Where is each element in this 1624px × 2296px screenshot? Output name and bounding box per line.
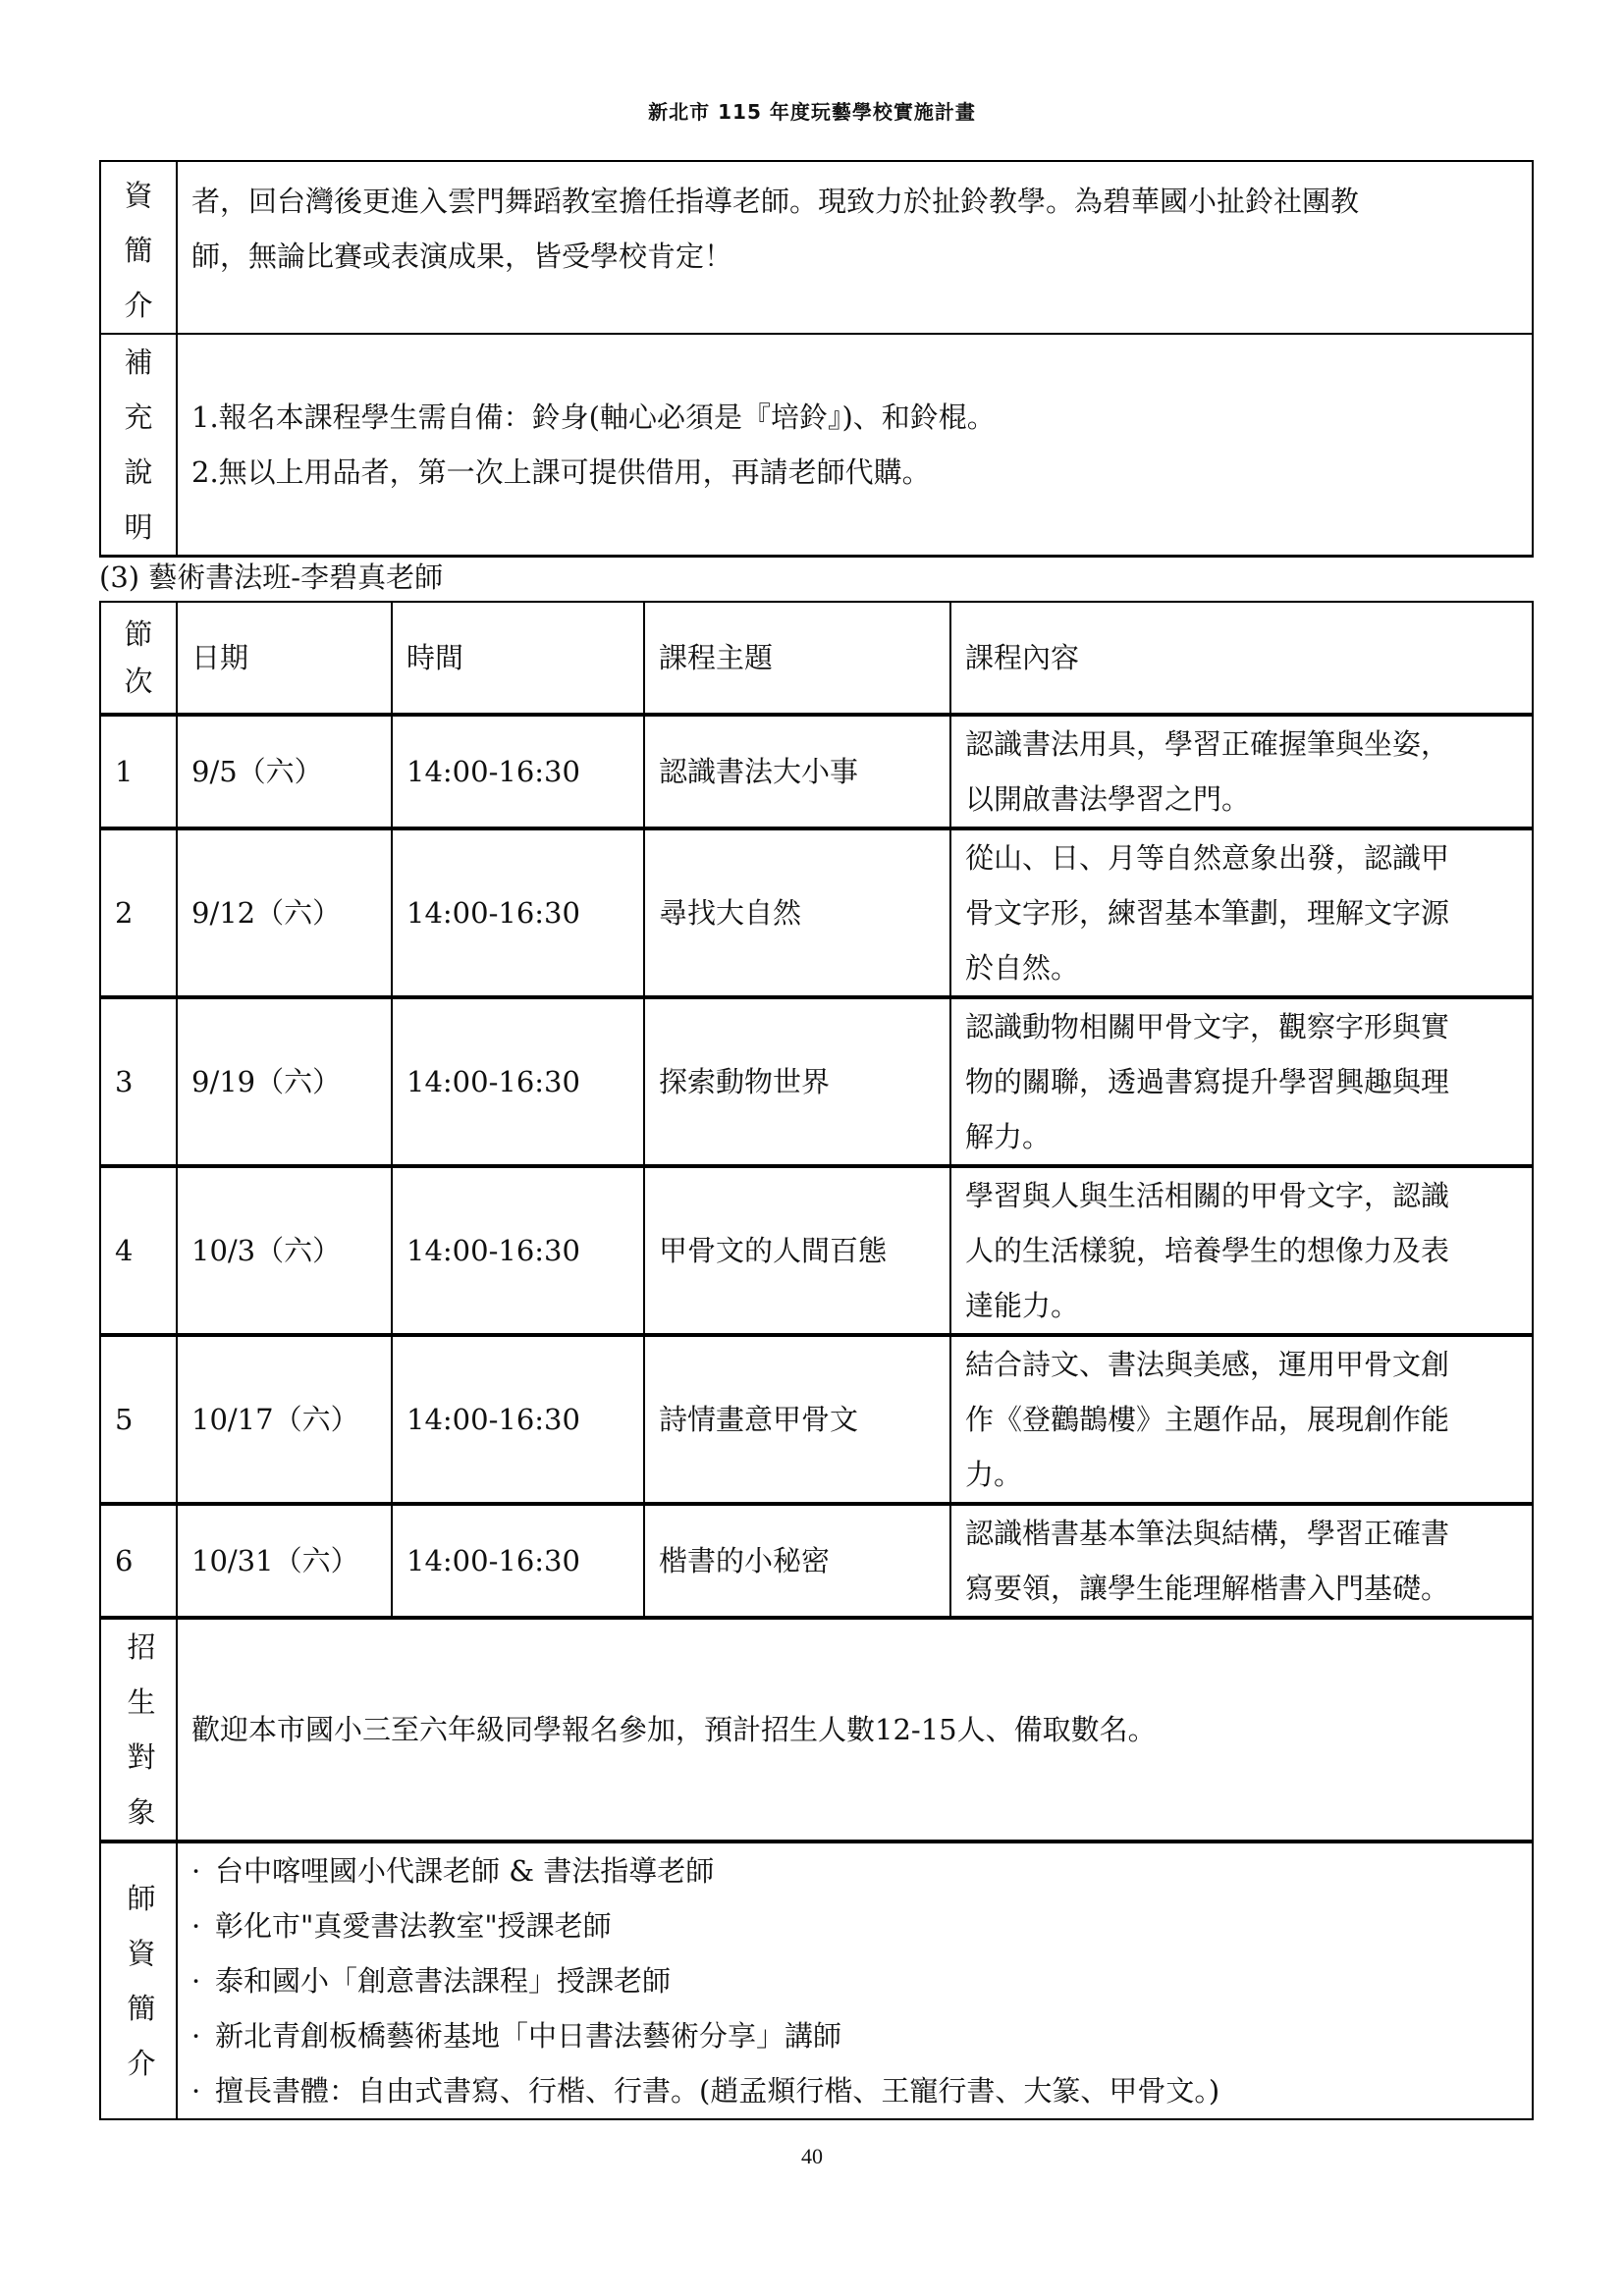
content-line: 認識楷書基本筆法與結構，學習正確書	[965, 1506, 1524, 1561]
table-row: 6 10/31（六） 14:00-16:30 楷書的小秘密 認識楷書基本筆法與結…	[100, 1504, 1533, 1618]
bio-line: 者，回台灣後更進入雲門舞蹈教室擔任指導老師。現致力於扯鈴教學。為碧華國小扯鈴社團…	[191, 174, 1518, 229]
table-row: 3 9/19（六） 14:00-16:30 探索動物世界 認識動物相關甲骨文字，…	[100, 997, 1533, 1166]
teacher-bio-text: 者，回台灣後更進入雲門舞蹈教室擔任指導老師。現致力於扯鈴教學。為碧華國小扯鈴社團…	[177, 161, 1533, 334]
table-row: 4 10/3（六） 14:00-16:30 甲骨文的人間百態 學習與人與生活相關…	[100, 1166, 1533, 1335]
content-line: 人的生活樣貌，培養學生的想像力及表	[965, 1223, 1524, 1278]
col-header-session: 節 次	[100, 602, 177, 715]
section-title: (3) 藝術書法班-李碧真老師	[99, 561, 443, 594]
session-topic: 探索動物世界	[644, 997, 950, 1166]
label-char: 資	[115, 1926, 168, 1981]
session-topic: 認識書法大小事	[644, 715, 950, 828]
list-item-text: 擅長書體：自由式書寫、行楷、行書。(趙孟頫行楷、王寵行書、大篆、甲骨文。)	[215, 2074, 1219, 2108]
label-char: 次	[101, 658, 176, 705]
list-item-text: 台中喀哩國小代課老師 & 書法指導老師	[215, 1854, 714, 1888]
session-date: 10/31（六）	[177, 1504, 392, 1618]
col-header-content: 課程內容	[950, 602, 1533, 715]
note-line: 1.報名本課程學生需自備：鈴身(軸心必須是『培鈴』)、和鈴棍。	[191, 390, 1518, 445]
label-char: 說	[101, 445, 176, 500]
label-char: 象	[115, 1785, 168, 1840]
content-line: 力。	[965, 1447, 1524, 1502]
content-line: 結合詩文、書法與美感，運用甲骨文創	[965, 1337, 1524, 1392]
label-char: 資	[101, 168, 176, 223]
label-char: 充	[101, 390, 176, 445]
label-char: 補	[101, 335, 176, 390]
label-char: 簡	[101, 223, 176, 278]
session-number: 2	[100, 828, 177, 997]
session-time: 14:00-16:30	[392, 1335, 644, 1504]
col-header-topic: 課程主題	[644, 602, 950, 715]
session-number: 4	[100, 1166, 177, 1335]
label-char: 明	[101, 500, 176, 555]
session-topic: 尋找大自然	[644, 828, 950, 997]
table-row: 5 10/17（六） 14:00-16:30 詩情畫意甲骨文 結合詩文、書法與美…	[100, 1335, 1533, 1504]
content-line: 以開啟書法學習之門。	[965, 772, 1524, 827]
session-date: 10/3（六）	[177, 1166, 392, 1335]
session-time: 14:00-16:30	[392, 828, 644, 997]
list-item-text: 泰和國小「創意書法課程」授課老師	[215, 1964, 671, 1998]
supplementary-notes-label: 補 充 說 明	[100, 334, 177, 557]
bullet-icon: ·	[191, 2063, 215, 2118]
label-char: 招	[115, 1620, 168, 1675]
col-header-time: 時間	[392, 602, 644, 715]
list-item: ·泰和國小「創意書法課程」授課老師	[191, 1953, 1524, 2008]
list-item: ·擅長書體：自由式書寫、行楷、行書。(趙孟頫行楷、王寵行書、大篆、甲骨文。)	[191, 2063, 1524, 2118]
table-row: 2 9/12（六） 14:00-16:30 尋找大自然 從山、日、月等自然意象出…	[100, 828, 1533, 997]
content-line: 達能力。	[965, 1278, 1524, 1333]
session-number: 5	[100, 1335, 177, 1504]
teacher-bio-label: 資 簡 介	[100, 161, 177, 334]
bullet-icon: ·	[191, 1898, 215, 1953]
content-line: 學習與人與生活相關的甲骨文字，認識	[965, 1168, 1524, 1223]
list-item: ·彰化市"真愛書法教室"授課老師	[191, 1898, 1524, 1953]
teacher-bio-row: 資 簡 介 者，回台灣後更進入雲門舞蹈教室擔任指導老師。現致力於扯鈴教學。為碧華…	[100, 161, 1533, 334]
list-item: ·台中喀哩國小代課老師 & 書法指導老師	[191, 1843, 1524, 1898]
session-date: 9/12（六）	[177, 828, 392, 997]
content-line: 物的關聯，透過書寫提升學習興趣與理	[965, 1054, 1524, 1109]
session-content: 結合詩文、書法與美感，運用甲骨文創 作《登鸛鵲樓》主題作品，展現創作能 力。	[950, 1335, 1533, 1504]
content-line: 作《登鸛鵲樓》主題作品，展現創作能	[965, 1392, 1524, 1447]
previous-course-info-table: 資 簡 介 者，回台灣後更進入雲門舞蹈教室擔任指導老師。現致力於扯鈴教學。為碧華…	[99, 160, 1534, 558]
session-content: 認識書法用具，學習正確握筆與坐姿， 以開啟書法學習之門。	[950, 715, 1533, 828]
content-line: 解力。	[965, 1109, 1524, 1164]
content-line: 認識書法用具，學習正確握筆與坐姿，	[965, 717, 1524, 772]
enrollment-label: 招 生 對 象	[100, 1618, 177, 1842]
note-line: 2.無以上用品者，第一次上課可提供借用，再請老師代購。	[191, 445, 1518, 500]
bullet-icon: ·	[191, 1953, 215, 2008]
session-topic: 楷書的小秘密	[644, 1504, 950, 1618]
page-header-title: 新北市 115 年度玩藝學校實施計畫	[0, 96, 1624, 125]
col-header-date: 日期	[177, 602, 392, 715]
session-date: 9/5（六）	[177, 715, 392, 828]
content-line: 從山、日、月等自然意象出發，認識甲	[965, 830, 1524, 885]
content-line: 認識動物相關甲骨文字，觀察字形與實	[965, 999, 1524, 1054]
list-item: ·新北青創板橋藝術基地「中日書法藝術分享」講師	[191, 2008, 1524, 2063]
content-line: 寫要領，讓學生能理解楷書入門基礎。	[965, 1561, 1524, 1616]
session-content: 認識楷書基本筆法與結構，學習正確書 寫要領，讓學生能理解楷書入門基礎。	[950, 1504, 1533, 1618]
teacher-bio-list: ·台中喀哩國小代課老師 & 書法指導老師 ·彰化市"真愛書法教室"授課老師 ·泰…	[177, 1842, 1533, 2119]
session-date: 9/19（六）	[177, 997, 392, 1166]
session-time: 14:00-16:30	[392, 715, 644, 828]
content-line: 骨文字形，練習基本筆劃，理解文字源	[965, 885, 1524, 940]
session-number: 3	[100, 997, 177, 1166]
session-time: 14:00-16:30	[392, 997, 644, 1166]
session-time: 14:00-16:30	[392, 1166, 644, 1335]
calligraphy-schedule-table: 節 次 日期 時間 課程主題 課程內容 1 9/5（六） 14:00-16:30…	[99, 601, 1534, 2120]
page-number: 40	[0, 2144, 1624, 2169]
session-topic: 甲骨文的人間百態	[644, 1166, 950, 1335]
supplementary-notes-text: 1.報名本課程學生需自備：鈴身(軸心必須是『培鈴』)、和鈴棍。 2.無以上用品者…	[177, 334, 1533, 557]
session-number: 6	[100, 1504, 177, 1618]
table-row: 1 9/5（六） 14:00-16:30 認識書法大小事 認識書法用具，學習正確…	[100, 715, 1533, 828]
label-char: 對	[115, 1730, 168, 1785]
bullet-icon: ·	[191, 1843, 215, 1898]
session-content: 學習與人與生活相關的甲骨文字，認識 人的生活樣貌，培養學生的想像力及表 達能力。	[950, 1166, 1533, 1335]
session-content: 認識動物相關甲骨文字，觀察字形與實 物的關聯，透過書寫提升學習興趣與理 解力。	[950, 997, 1533, 1166]
label-char: 節	[101, 611, 176, 658]
enrollment-row: 招 生 對 象 歡迎本市國小三至六年級同學報名參加，預計招生人數12-15人、備…	[100, 1618, 1533, 1842]
teacher-bio-row: 師 資 簡 介 ·台中喀哩國小代課老師 & 書法指導老師 ·彰化市"真愛書法教室…	[100, 1842, 1533, 2119]
bio-line: 師，無論比賽或表演成果，皆受學校肯定！	[191, 229, 1518, 284]
session-topic: 詩情畫意甲骨文	[644, 1335, 950, 1504]
label-char: 簡	[115, 1981, 168, 2036]
label-char: 介	[101, 278, 176, 333]
session-time: 14:00-16:30	[392, 1504, 644, 1618]
bullet-icon: ·	[191, 2008, 215, 2063]
list-item-text: 新北青創板橋藝術基地「中日書法藝術分享」講師	[215, 2019, 841, 2053]
session-date: 10/17（六）	[177, 1335, 392, 1504]
content-line: 於自然。	[965, 940, 1524, 995]
teacher-bio-label: 師 資 簡 介	[100, 1842, 177, 2119]
label-char: 介	[115, 2036, 168, 2091]
session-content: 從山、日、月等自然意象出發，認識甲 骨文字形，練習基本筆劃，理解文字源 於自然。	[950, 828, 1533, 997]
label-char: 師	[115, 1871, 168, 1926]
supplementary-notes-row: 補 充 說 明 1.報名本課程學生需自備：鈴身(軸心必須是『培鈴』)、和鈴棍。 …	[100, 334, 1533, 557]
enrollment-text: 歡迎本市國小三至六年級同學報名參加，預計招生人數12-15人、備取數名。	[177, 1618, 1533, 1842]
list-item-text: 彰化市"真愛書法教室"授課老師	[215, 1909, 612, 1943]
label-char: 生	[115, 1675, 168, 1730]
session-number: 1	[100, 715, 177, 828]
table-header-row: 節 次 日期 時間 課程主題 課程內容	[100, 602, 1533, 715]
